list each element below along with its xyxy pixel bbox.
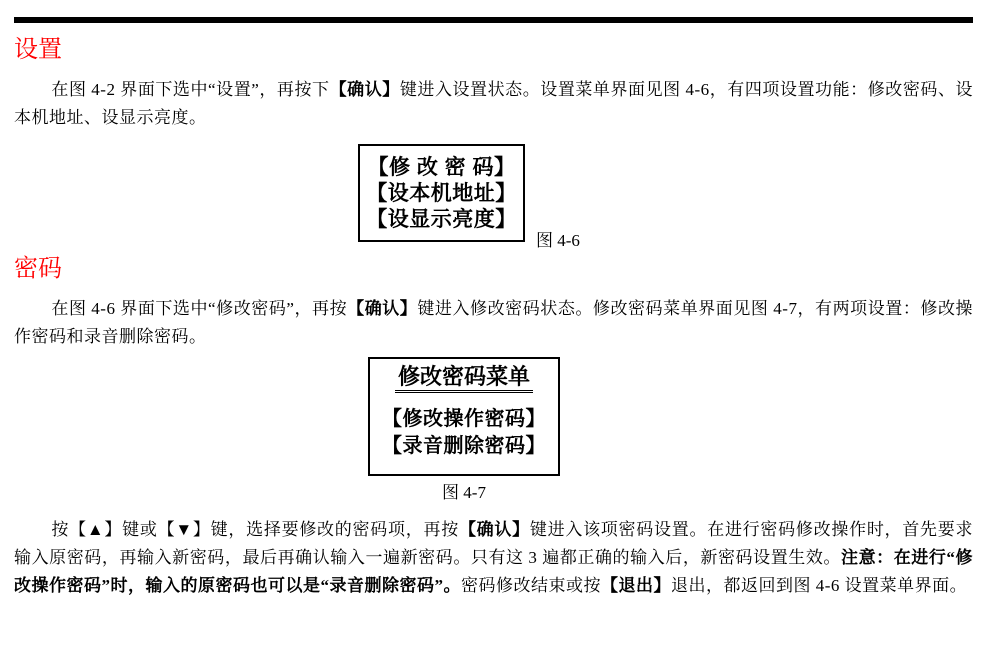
menu-box-items: 【修改操作密码】 【录音删除密码】 — [370, 406, 558, 460]
password-paragraph: 在图 4-6 界面下选中“修改密码”，再按【确认】键进入修改密码状态。修改密码菜… — [14, 295, 973, 351]
menu-item-recording-delete-password: 【录音删除密码】 — [370, 433, 558, 460]
section-heading-settings: 设置 — [14, 37, 973, 63]
figure-4-7: 修改密码菜单 【修改操作密码】 【录音删除密码】 图 4-7 — [368, 357, 560, 503]
menu-box-title: 修改密码菜单 — [395, 365, 533, 393]
document-page: 设置 在图 4-2 界面下选中“设置”，再按下【确认】键进入设置状态。设置菜单界… — [0, 0, 986, 660]
figure-4-7-caption: 图 4-7 — [442, 483, 486, 503]
menu-item-modify-password: 【修 改 密 码】 — [360, 155, 523, 181]
menu-item-set-local-address: 【设本机地址】 — [360, 181, 523, 207]
menu-item-modify-operation-password: 【修改操作密码】 — [370, 406, 558, 433]
figure-4-6-caption: 图 4-6 — [536, 231, 580, 251]
figure-4-6: 【修 改 密 码】 【设本机地址】 【设显示亮度】 图 4-6 — [358, 144, 580, 242]
closing-paragraph: 按【▲】键或【▼】键，选择要修改的密码项，再按【确认】键进入该项密码设置。在进行… — [14, 516, 973, 600]
section-heading-password: 密码 — [14, 256, 973, 282]
settings-paragraph: 在图 4-2 界面下选中“设置”，再按下【确认】键进入设置状态。设置菜单界面见图… — [14, 76, 973, 132]
menu-item-set-display-brightness: 【设显示亮度】 — [360, 207, 523, 233]
top-horizontal-rule — [14, 17, 973, 23]
menu-box-4-6: 【修 改 密 码】 【设本机地址】 【设显示亮度】 — [358, 144, 525, 242]
menu-box-4-7: 修改密码菜单 【修改操作密码】 【录音删除密码】 — [368, 357, 560, 476]
